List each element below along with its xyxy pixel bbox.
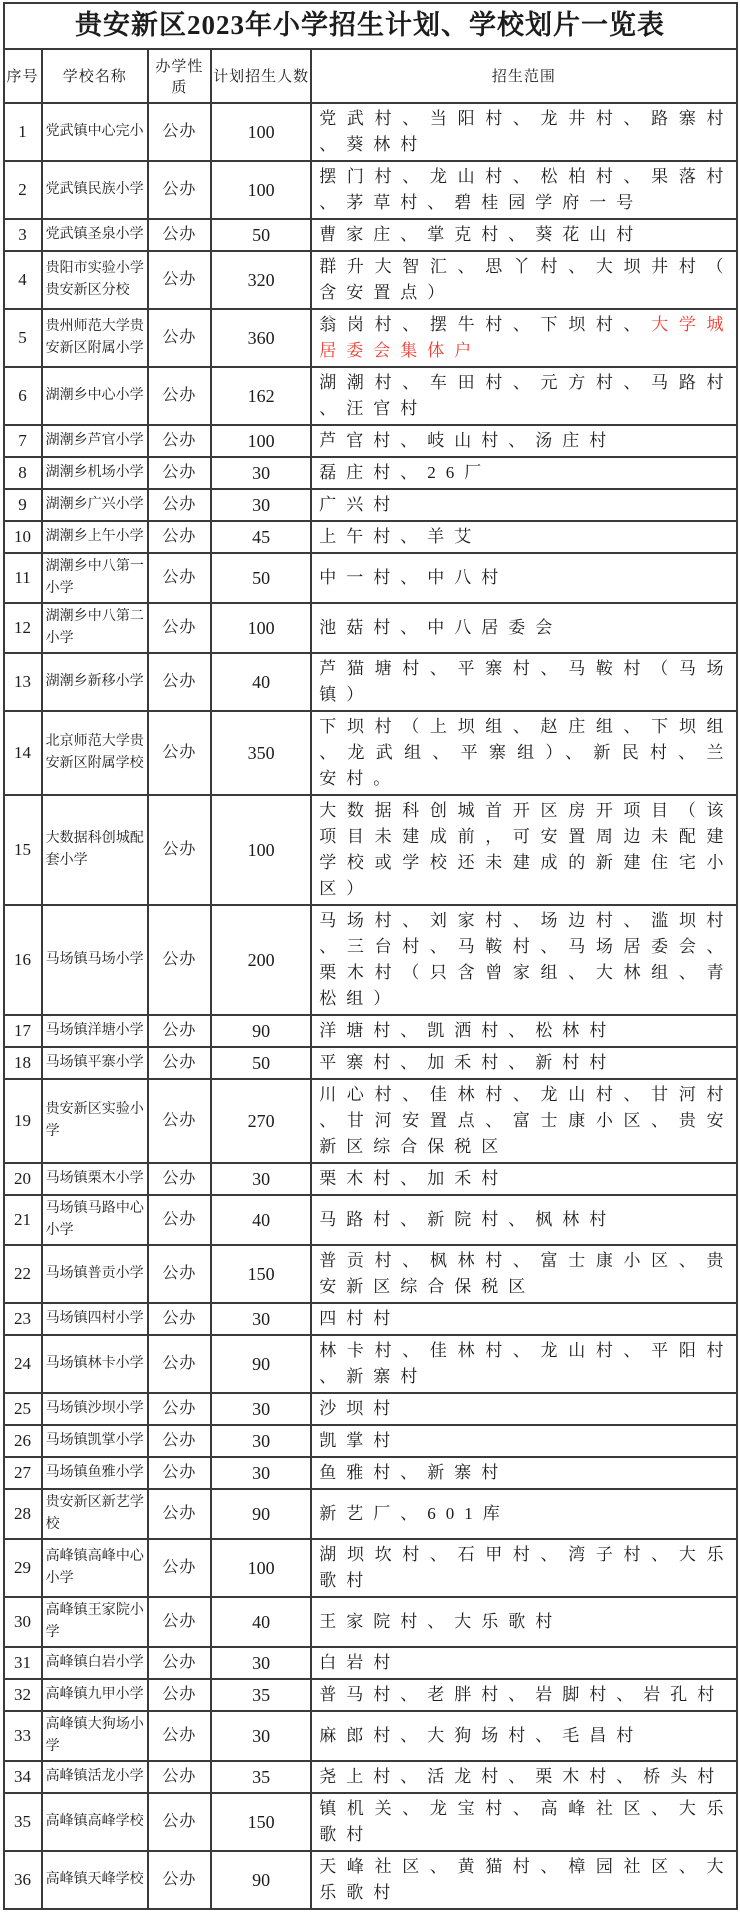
cell-school-type: 公办: [148, 1489, 211, 1539]
school-name-text: 马场镇马路中心小学: [46, 1201, 144, 1238]
school-type-text: 公办: [162, 1054, 196, 1071]
table-row: 10 湖潮乡上午小学 公办 45 上午村、羊艾: [4, 521, 737, 553]
table-row: 6 湖潮乡中心小学 公办 162 湖潮村、车田村、元方村、马路村、汪官村: [4, 367, 737, 425]
school-type-text: 公办: [162, 619, 196, 636]
planned-enrollment-text: 35: [252, 1767, 270, 1787]
cell-serial-number: 36: [4, 1851, 42, 1909]
cell-serial-number: 4: [4, 251, 42, 309]
table-row: 33 高峰镇大狗场小学 公办 30 麻郎村、大狗场村、毛昌村: [4, 1711, 737, 1761]
enrollment-range-text: 平寨村、加禾村、新村村: [319, 1053, 616, 1072]
school-name-text: 马场镇林卡小学: [46, 1356, 144, 1371]
school-type-text: 公办: [162, 1613, 196, 1630]
planned-enrollment-text: 100: [248, 122, 275, 142]
school-type-text: 公办: [162, 673, 196, 690]
col-header-planned-enrollment: 计划招生人数: [211, 49, 311, 103]
cell-school-type: 公办: [148, 653, 211, 711]
planned-enrollment-text: 50: [252, 225, 270, 245]
cell-school-type: 公办: [148, 309, 211, 367]
table-row: 30 高峰镇王家院小学 公办 40 王家院村、大乐歌村: [4, 1597, 737, 1647]
table-row: 20 马场镇栗木小学 公办 30 栗木村、加禾村: [4, 1163, 737, 1195]
cell-school-name: 党武镇民族小学: [42, 161, 148, 219]
cell-school-name: 高峰镇高峰学校: [42, 1793, 148, 1851]
cell-enrollment-range: 川心村、佳林村、龙山村、甘河村、甘河安置点、富士康小区、贵安新区综合保税区: [311, 1079, 736, 1163]
cell-school-type: 公办: [148, 1539, 211, 1597]
cell-planned-enrollment: 100: [211, 161, 311, 219]
planned-enrollment-text: 350: [248, 743, 275, 763]
enrollment-range-text: 洋塘村、凯洒村、松林村: [319, 1021, 616, 1040]
table-row: 8 湖潮乡机场小学 公办 30 磊庄村、26厂: [4, 457, 737, 489]
cell-school-name: 大数据科创城配套小学: [42, 795, 148, 905]
cell-school-name: 高峰镇活龙小学: [42, 1761, 148, 1793]
cell-school-name: 马场镇沙坝小学: [42, 1393, 148, 1425]
cell-serial-number: 11: [4, 553, 42, 603]
school-name-text: 湖潮乡新移小学: [46, 674, 144, 689]
school-name-text: 马场镇马场小学: [46, 952, 144, 967]
cell-school-type: 公办: [148, 905, 211, 1015]
school-name-text: 党武镇民族小学: [46, 182, 144, 197]
enrollment-range-text: 王家院村、大乐歌村: [319, 1612, 562, 1631]
cell-planned-enrollment: 90: [211, 1851, 311, 1909]
cell-school-name: 湖潮乡中心小学: [42, 367, 148, 425]
table-row: 14 北京师范大学贵安新区附属学校 公办 350 下坝村（上坝组、赵庄组、下坝组…: [4, 711, 737, 795]
serial-number-text: 12: [14, 618, 31, 637]
cell-school-type: 公办: [148, 1393, 211, 1425]
enrollment-range-text: 下坝村（上坝组、赵庄组、下坝组、龙武组、平寨组）、新民村、兰安村。: [319, 717, 733, 788]
enrollment-range-text: 湖坝坎村、石甲村、湾子村、大乐歌村: [319, 1545, 733, 1590]
cell-serial-number: 5: [4, 309, 42, 367]
cell-serial-number: 7: [4, 425, 42, 457]
cell-planned-enrollment: 100: [211, 603, 311, 653]
school-type-text: 公办: [162, 1112, 196, 1129]
cell-school-name: 高峰镇大狗场小学: [42, 1711, 148, 1761]
enrollment-range-text: 麻郎村、大狗场村、毛昌村: [319, 1726, 643, 1745]
planned-enrollment-text: 30: [252, 463, 270, 483]
table-row: 34 高峰镇活龙小学 公办 35 尧上村、活龙村、栗木村、桥头村: [4, 1761, 737, 1793]
cell-school-name: 湖潮乡上午小学: [42, 521, 148, 553]
table-row: 22 马场镇普贡小学 公办 150 普贡村、枫林村、富士康小区、贵安新区综合保税…: [4, 1245, 737, 1303]
cell-school-type: 公办: [148, 1245, 211, 1303]
school-name-text: 湖潮乡广兴小学: [46, 497, 144, 512]
serial-number-text: 17: [14, 1021, 31, 1040]
cell-planned-enrollment: 30: [211, 1425, 311, 1457]
enrollment-range-text: 林卡村、佳林村、龙山村、平阳村、新寨村: [319, 1341, 733, 1386]
cell-planned-enrollment: 40: [211, 1597, 311, 1647]
school-name-text: 高峰镇白岩小学: [46, 1655, 144, 1670]
planned-enrollment-text: 320: [248, 270, 275, 290]
serial-number-text: 30: [14, 1612, 31, 1631]
serial-number-text: 15: [14, 840, 31, 859]
enrollment-range-text: 白岩村: [319, 1653, 400, 1672]
table-row: 11 湖潮乡中八第一小学 公办 50 中一村、中八村: [4, 553, 737, 603]
cell-school-type: 公办: [148, 521, 211, 553]
table-row: 19 贵安新区实验小学 公办 270 川心村、佳林村、龙山村、甘河村、甘河安置点…: [4, 1079, 737, 1163]
serial-number-text: 13: [14, 672, 31, 691]
cell-serial-number: 9: [4, 489, 42, 521]
serial-number-text: 16: [14, 950, 31, 969]
enrollment-range-text: 马路村、新院村、枫林村: [319, 1210, 616, 1229]
cell-school-type: 公办: [148, 603, 211, 653]
cell-serial-number: 16: [4, 905, 42, 1015]
school-name-text: 马场镇洋塘小学: [46, 1023, 144, 1038]
cell-serial-number: 13: [4, 653, 42, 711]
serial-number-text: 19: [14, 1111, 31, 1130]
table-row: 36 高峰镇天峰学校 公办 90 天峰社区、黄猫村、樟园社区、大乐歌村: [4, 1851, 737, 1909]
enrollment-range-text: 中一村、中八村: [319, 568, 508, 587]
cell-school-name: 马场镇洋塘小学: [42, 1015, 148, 1047]
table-row: 28 贵安新区新艺学校 公办 90 新艺厂、601库: [4, 1489, 737, 1539]
serial-number-text: 20: [14, 1169, 31, 1188]
planned-enrollment-text: 360: [248, 328, 275, 348]
cell-school-name: 贵阳市实验小学贵安新区分校: [42, 251, 148, 309]
cell-school-name: 马场镇马路中心小学: [42, 1195, 148, 1245]
school-name-text: 高峰镇活龙小学: [46, 1769, 144, 1784]
school-type-text: 公办: [162, 1813, 196, 1830]
cell-serial-number: 14: [4, 711, 42, 795]
planned-enrollment-text: 200: [248, 950, 275, 970]
table-row: 35 高峰镇高峰学校 公办 150 镇机关、龙宝村、高峰社区、大乐歌村: [4, 1793, 737, 1851]
cell-planned-enrollment: 320: [211, 251, 311, 309]
school-name-text: 湖潮乡机场小学: [46, 465, 144, 480]
table-row: 4 贵阳市实验小学贵安新区分校 公办 320 群升大智汇、思丫村、大坝井村（含安…: [4, 251, 737, 309]
cell-enrollment-range: 凯掌村: [311, 1425, 736, 1457]
cell-serial-number: 22: [4, 1245, 42, 1303]
cell-serial-number: 2: [4, 161, 42, 219]
cell-serial-number: 19: [4, 1079, 42, 1163]
cell-school-type: 公办: [148, 1015, 211, 1047]
cell-enrollment-range: 下坝村（上坝组、赵庄组、下坝组、龙武组、平寨组）、新民村、兰安村。: [311, 711, 736, 795]
cell-school-type: 公办: [148, 1163, 211, 1195]
cell-enrollment-range: 摆门村、龙山村、松柏村、果落村、茅草村、碧桂园学府一号: [311, 161, 736, 219]
planned-enrollment-text: 45: [252, 527, 270, 547]
cell-serial-number: 35: [4, 1793, 42, 1851]
cell-planned-enrollment: 100: [211, 795, 311, 905]
serial-number-text: 11: [14, 568, 30, 587]
cell-planned-enrollment: 360: [211, 309, 311, 367]
cell-school-name: 马场镇林卡小学: [42, 1335, 148, 1393]
enrollment-range-text: 磊庄村、26厂: [319, 463, 491, 482]
school-name-text: 大数据科创城配套小学: [46, 831, 144, 868]
cell-enrollment-range: 平寨村、加禾村、新村村: [311, 1047, 736, 1079]
school-name-text: 马场镇鱼雅小学: [46, 1465, 144, 1480]
cell-school-type: 公办: [148, 553, 211, 603]
cell-school-name: 马场镇栗木小学: [42, 1163, 148, 1195]
cell-serial-number: 3: [4, 219, 42, 251]
cell-serial-number: 20: [4, 1163, 42, 1195]
school-name-text: 党武镇圣泉小学: [46, 227, 144, 242]
planned-enrollment-text: 162: [248, 386, 275, 406]
cell-school-name: 湖潮乡芦官小学: [42, 425, 148, 457]
cell-school-type: 公办: [148, 367, 211, 425]
cell-enrollment-range: 芦猫塘村、平寨村、马鞍村（马场镇）: [311, 653, 736, 711]
cell-school-name: 湖潮乡中八第二小学: [42, 603, 148, 653]
cell-planned-enrollment: 150: [211, 1245, 311, 1303]
cell-planned-enrollment: 40: [211, 653, 311, 711]
school-name-text: 贵州师范大学贵安新区附属小学: [46, 319, 144, 356]
cell-enrollment-range: 芦官村、岐山村、汤庄村: [311, 425, 736, 457]
enrollment-range-text: 马场村、刘家村、场边村、滥坝村、三台村、马鞍村、马场居委会、栗木村（只含曾家组、…: [319, 911, 733, 1008]
cell-planned-enrollment: 90: [211, 1335, 311, 1393]
serial-number-text: 23: [14, 1309, 31, 1328]
cell-enrollment-range: 王家院村、大乐歌村: [311, 1597, 736, 1647]
enrollment-range-text: 普马村、老胖村、岩脚村、岩孔村: [319, 1685, 724, 1704]
planned-enrollment-text: 100: [248, 431, 275, 451]
table-row: 26 马场镇凯掌小学 公办 30 凯掌村: [4, 1425, 737, 1457]
cell-school-name: 湖潮乡新移小学: [42, 653, 148, 711]
cell-enrollment-range: 尧上村、活龙村、栗木村、桥头村: [311, 1761, 736, 1793]
school-type-text: 公办: [162, 1686, 196, 1703]
school-name-text: 湖潮乡中八第二小学: [46, 609, 144, 646]
planned-enrollment-text: 40: [252, 672, 270, 692]
school-name-text: 湖潮乡上午小学: [46, 529, 144, 544]
table-row: 12 湖潮乡中八第二小学 公办 100 池菇村、中八居委会: [4, 603, 737, 653]
enrollment-range-text: 上午村、羊艾: [319, 527, 481, 546]
planned-enrollment-text: 50: [252, 1053, 270, 1073]
table-row: 32 高峰镇九甲小学 公办 35 普马村、老胖村、岩脚村、岩孔村: [4, 1679, 737, 1711]
table-row: 5 贵州师范大学贵安新区附属小学 公办 360 翁岗村、摆牛村、下坝村、大学城居…: [4, 309, 737, 367]
serial-number-text: 24: [14, 1354, 31, 1373]
planned-enrollment-text: 100: [248, 1558, 275, 1578]
cell-school-name: 高峰镇天峰学校: [42, 1851, 148, 1909]
school-name-text: 高峰镇高峰学校: [46, 1814, 144, 1829]
enrollment-range-text: 天峰社区、黄猫村、樟园社区、大乐歌村: [319, 1857, 733, 1902]
enrollment-range-text: 党武村、当阳村、龙井村、路寨村、葵林村: [319, 109, 733, 154]
cell-enrollment-range: 新艺厂、601库: [311, 1489, 736, 1539]
enrollment-range-text: 湖潮村、车田村、元方村、马路村、汪官村: [319, 373, 733, 418]
serial-number-text: 5: [18, 328, 27, 347]
cell-planned-enrollment: 30: [211, 1303, 311, 1335]
school-type-text: 公办: [162, 464, 196, 481]
cell-planned-enrollment: 150: [211, 1793, 311, 1851]
planned-enrollment-text: 30: [252, 1726, 270, 1746]
school-type-text: 公办: [162, 123, 196, 140]
school-type-text: 公办: [162, 528, 196, 545]
cell-planned-enrollment: 90: [211, 1489, 311, 1539]
col-header-school-name: 学校名称: [42, 49, 148, 103]
school-type-text: 公办: [162, 1727, 196, 1744]
cell-school-name: 贵安新区实验小学: [42, 1079, 148, 1163]
cell-enrollment-range: 大数据科创城首开区房开项目（该项目未建成前，可安置周边未配建学校或学校还未建成的…: [311, 795, 736, 905]
serial-number-text: 29: [14, 1558, 31, 1577]
cell-school-type: 公办: [148, 219, 211, 251]
table-row: 9 湖潮乡广兴小学 公办 30 广兴村: [4, 489, 737, 521]
school-type-text: 公办: [162, 1022, 196, 1039]
enrollment-range-text: 芦猫塘村、平寨村、马鞍村（马场镇）: [319, 659, 733, 704]
cell-school-name: 马场镇四村小学: [42, 1303, 148, 1335]
school-type-text: 公办: [162, 1170, 196, 1187]
cell-school-type: 公办: [148, 425, 211, 457]
school-name-text: 马场镇沙坝小学: [46, 1401, 144, 1416]
cell-school-type: 公办: [148, 1425, 211, 1457]
table-row: 23 马场镇四村小学 公办 30 四村村: [4, 1303, 737, 1335]
table-row: 3 党武镇圣泉小学 公办 50 曹家庄、掌克村、葵花山村: [4, 219, 737, 251]
cell-school-type: 公办: [148, 251, 211, 309]
table-row: 25 马场镇沙坝小学 公办 30 沙坝村: [4, 1393, 737, 1425]
cell-school-type: 公办: [148, 1711, 211, 1761]
cell-serial-number: 6: [4, 367, 42, 425]
school-name-text: 贵安新区新艺学校: [46, 1495, 144, 1532]
enrollment-range-text: 翁岗村、摆牛村、下坝村、: [319, 315, 651, 334]
cell-school-name: 党武镇中心完小: [42, 103, 148, 161]
cell-enrollment-range: 沙坝村: [311, 1393, 736, 1425]
cell-school-name: 湖潮乡机场小学: [42, 457, 148, 489]
cell-planned-enrollment: 100: [211, 1539, 311, 1597]
serial-number-text: 26: [14, 1431, 31, 1450]
cell-serial-number: 8: [4, 457, 42, 489]
enrollment-plan-document: 贵安新区2023年小学招生计划、学校划片一览表 序号 学校名称 办学性质 计划招…: [0, 0, 740, 1912]
cell-enrollment-range: 马场村、刘家村、场边村、滥坝村、三台村、马鞍村、马场居委会、栗木村（只含曾家组、…: [311, 905, 736, 1015]
planned-enrollment-text: 35: [252, 1685, 270, 1705]
serial-number-text: 1: [18, 122, 27, 141]
serial-number-text: 14: [14, 743, 31, 762]
school-name-text: 马场镇普贡小学: [46, 1266, 144, 1281]
cell-enrollment-range: 湖潮村、车田村、元方村、马路村、汪官村: [311, 367, 736, 425]
cell-serial-number: 27: [4, 1457, 42, 1489]
planned-enrollment-text: 30: [252, 1399, 270, 1419]
school-type-text: 公办: [162, 1768, 196, 1785]
school-type-text: 公办: [162, 1211, 196, 1228]
school-name-text: 高峰镇高峰中心小学: [46, 1549, 144, 1586]
enrollment-range-text: 新艺厂、601库: [319, 1504, 510, 1523]
enrollment-range-text: 群升大智汇、思丫村、大坝井村（含安置点）: [319, 257, 733, 302]
cell-school-type: 公办: [148, 1647, 211, 1679]
cell-school-name: 贵州师范大学贵安新区附属小学: [42, 309, 148, 367]
planned-enrollment-text: 30: [252, 1431, 270, 1451]
page-title: 贵安新区2023年小学招生计划、学校划片一览表: [4, 3, 737, 49]
cell-enrollment-range: 池菇村、中八居委会: [311, 603, 736, 653]
serial-number-text: 18: [14, 1053, 31, 1072]
school-name-text: 高峰镇王家院小学: [46, 1603, 144, 1640]
cell-enrollment-range: 栗木村、加禾村: [311, 1163, 736, 1195]
cell-planned-enrollment: 30: [211, 1457, 311, 1489]
school-name-text: 马场镇平寨小学: [46, 1055, 144, 1070]
planned-enrollment-text: 30: [252, 1463, 270, 1483]
cell-school-name: 马场镇普贡小学: [42, 1245, 148, 1303]
cell-enrollment-range: 翁岗村、摆牛村、下坝村、大学城居委会集体户: [311, 309, 736, 367]
col-header-enrollment-range: 招生范围: [311, 49, 736, 103]
planned-enrollment-text: 50: [252, 568, 270, 588]
cell-school-type: 公办: [148, 1335, 211, 1393]
cell-school-name: 高峰镇九甲小学: [42, 1679, 148, 1711]
table-row: 21 马场镇马路中心小学 公办 40 马路村、新院村、枫林村: [4, 1195, 737, 1245]
cell-enrollment-range: 四村村: [311, 1303, 736, 1335]
cell-planned-enrollment: 35: [211, 1679, 311, 1711]
planned-enrollment-text: 150: [248, 1812, 275, 1832]
cell-enrollment-range: 普马村、老胖村、岩脚村、岩孔村: [311, 1679, 736, 1711]
cell-school-name: 湖潮乡广兴小学: [42, 489, 148, 521]
planned-enrollment-text: 100: [248, 618, 275, 638]
cell-school-type: 公办: [148, 1851, 211, 1909]
serial-number-text: 27: [14, 1463, 31, 1482]
cell-school-type: 公办: [148, 1597, 211, 1647]
cell-school-type: 公办: [148, 489, 211, 521]
cell-school-name: 马场镇凯掌小学: [42, 1425, 148, 1457]
school-type-text: 公办: [162, 1432, 196, 1449]
cell-serial-number: 32: [4, 1679, 42, 1711]
cell-planned-enrollment: 270: [211, 1079, 311, 1163]
cell-enrollment-range: 麻郎村、大狗场村、毛昌村: [311, 1711, 736, 1761]
table-row: 2 党武镇民族小学 公办 100 摆门村、龙山村、松柏村、果落村、茅草村、碧桂园…: [4, 161, 737, 219]
planned-enrollment-text: 150: [248, 1264, 275, 1284]
cell-enrollment-range: 镇机关、龙宝村、高峰社区、大乐歌村: [311, 1793, 736, 1851]
school-type-text: 公办: [162, 329, 196, 346]
serial-number-text: 33: [14, 1726, 31, 1745]
planned-enrollment-text: 100: [248, 840, 275, 860]
cell-planned-enrollment: 30: [211, 1647, 311, 1679]
cell-serial-number: 33: [4, 1711, 42, 1761]
cell-school-name: 贵安新区新艺学校: [42, 1489, 148, 1539]
enrollment-table: 贵安新区2023年小学招生计划、学校划片一览表 序号 学校名称 办学性质 计划招…: [3, 2, 738, 1910]
cell-enrollment-range: 湖坝坎村、石甲村、湾子村、大乐歌村: [311, 1539, 736, 1597]
cell-serial-number: 29: [4, 1539, 42, 1597]
serial-number-text: 34: [14, 1767, 31, 1786]
enrollment-range-text: 摆门村、龙山村、松柏村、果落村、茅草村、碧桂园学府一号: [319, 167, 733, 212]
serial-number-text: 7: [18, 431, 27, 450]
serial-number-text: 6: [18, 386, 27, 405]
cell-enrollment-range: 林卡村、佳林村、龙山村、平阳村、新寨村: [311, 1335, 736, 1393]
planned-enrollment-text: 40: [252, 1612, 270, 1632]
cell-planned-enrollment: 30: [211, 1711, 311, 1761]
header-row: 序号 学校名称 办学性质 计划招生人数 招生范围: [4, 49, 737, 103]
school-type-text: 公办: [162, 181, 196, 198]
col-header-serial: 序号: [4, 49, 42, 103]
school-type-text: 公办: [162, 951, 196, 968]
table-row: 31 高峰镇白岩小学 公办 30 白岩村: [4, 1647, 737, 1679]
table-row: 17 马场镇洋塘小学 公办 90 洋塘村、凯洒村、松林村: [4, 1015, 737, 1047]
planned-enrollment-text: 40: [252, 1210, 270, 1230]
cell-school-type: 公办: [148, 1047, 211, 1079]
enrollment-range-text: 广兴村: [319, 495, 400, 514]
cell-planned-enrollment: 50: [211, 1047, 311, 1079]
serial-number-text: 25: [14, 1399, 31, 1418]
planned-enrollment-text: 90: [252, 1504, 270, 1524]
planned-enrollment-text: 30: [252, 1653, 270, 1673]
school-type-text: 公办: [162, 432, 196, 449]
cell-serial-number: 21: [4, 1195, 42, 1245]
enrollment-range-text: 池菇村、中八居委会: [319, 618, 562, 637]
school-name-text: 马场镇四村小学: [46, 1311, 144, 1326]
cell-enrollment-range: 磊庄村、26厂: [311, 457, 736, 489]
planned-enrollment-text: 30: [252, 1169, 270, 1189]
cell-enrollment-range: 马路村、新院村、枫林村: [311, 1195, 736, 1245]
cell-planned-enrollment: 30: [211, 457, 311, 489]
cell-school-name: 湖潮乡中八第一小学: [42, 553, 148, 603]
planned-enrollment-text: 270: [248, 1111, 275, 1131]
cell-planned-enrollment: 50: [211, 553, 311, 603]
cell-enrollment-range: 天峰社区、黄猫村、樟园社区、大乐歌村: [311, 1851, 736, 1909]
cell-school-type: 公办: [148, 1761, 211, 1793]
school-type-text: 公办: [162, 744, 196, 761]
cell-serial-number: 30: [4, 1597, 42, 1647]
table-row: 24 马场镇林卡小学 公办 90 林卡村、佳林村、龙山村、平阳村、新寨村: [4, 1335, 737, 1393]
planned-enrollment-text: 30: [252, 495, 270, 515]
serial-number-text: 8: [18, 463, 27, 482]
school-name-text: 马场镇栗木小学: [46, 1171, 144, 1186]
cell-school-type: 公办: [148, 1195, 211, 1245]
cell-school-type: 公办: [148, 1457, 211, 1489]
school-type-text: 公办: [162, 1464, 196, 1481]
school-type-text: 公办: [162, 841, 196, 858]
cell-school-name: 高峰镇王家院小学: [42, 1597, 148, 1647]
table-row: 13 湖潮乡新移小学 公办 40 芦猫塘村、平寨村、马鞍村（马场镇）: [4, 653, 737, 711]
school-type-text: 公办: [162, 226, 196, 243]
school-type-text: 公办: [162, 1265, 196, 1282]
school-name-text: 北京师范大学贵安新区附属学校: [46, 734, 144, 771]
cell-enrollment-range: 曹家庄、掌克村、葵花山村: [311, 219, 736, 251]
cell-school-type: 公办: [148, 711, 211, 795]
cell-school-type: 公办: [148, 103, 211, 161]
cell-school-name: 高峰镇高峰中心小学: [42, 1539, 148, 1597]
planned-enrollment-text: 90: [252, 1354, 270, 1374]
